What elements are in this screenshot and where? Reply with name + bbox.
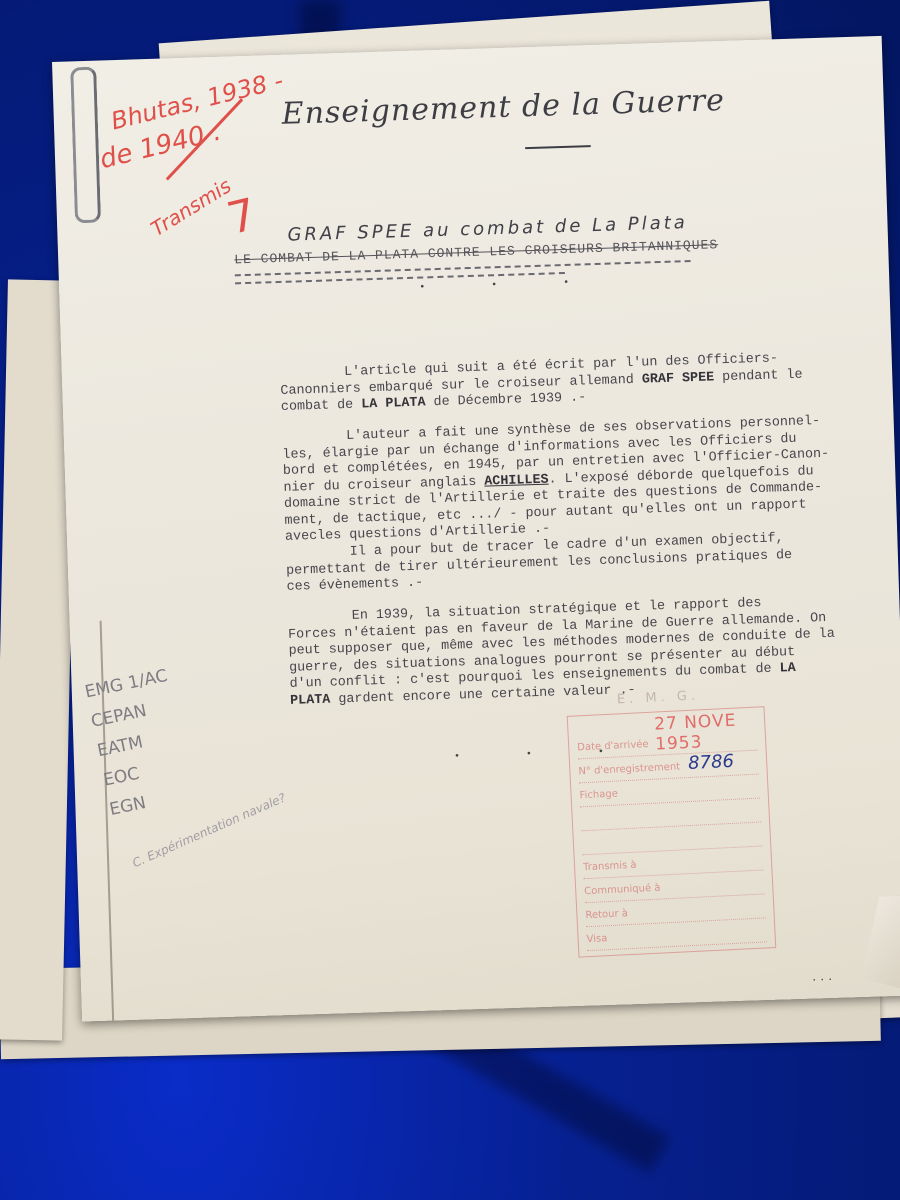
pencil-distribution-list: EMG 1/AC CEPAN EATM EOC EGN C. Expérimen… [82, 642, 293, 864]
stamp-field [581, 806, 762, 832]
paragraph: L'auteur a fait une synthèse de ses obse… [282, 413, 845, 546]
title-underline [525, 145, 591, 149]
ship-name: ACHILLES [484, 472, 549, 489]
separator-dots: • • • [419, 277, 599, 294]
stamp-field: Communiqué à [584, 877, 765, 903]
stamp-field: Fichage [579, 782, 760, 808]
page-corner-curl [859, 895, 900, 993]
stamp-field: Visa [586, 925, 767, 951]
stamp-field: Retour à [585, 901, 766, 927]
page-continuation-mark: ... [811, 973, 835, 985]
handwritten-title: Enseignement de la Guerre [281, 83, 725, 132]
stamp-field [582, 830, 763, 856]
paragraph: L'article qui suit a été écrit par l'un … [280, 349, 841, 416]
registration-stamp: E. M. G. 27 NOVE 1953 Date d'arrivéeN° d… [567, 706, 777, 957]
paragraph: En 1939, la situation stratégique et le … [287, 593, 850, 710]
stamp-field: Transmis à [583, 853, 764, 879]
document-page: Bhutas, 1938 - de 1940 . Transmis 7 Ense… [52, 36, 900, 1022]
typed-line: ces évènements .- [286, 576, 423, 595]
registration-number: 8786 [688, 751, 735, 774]
